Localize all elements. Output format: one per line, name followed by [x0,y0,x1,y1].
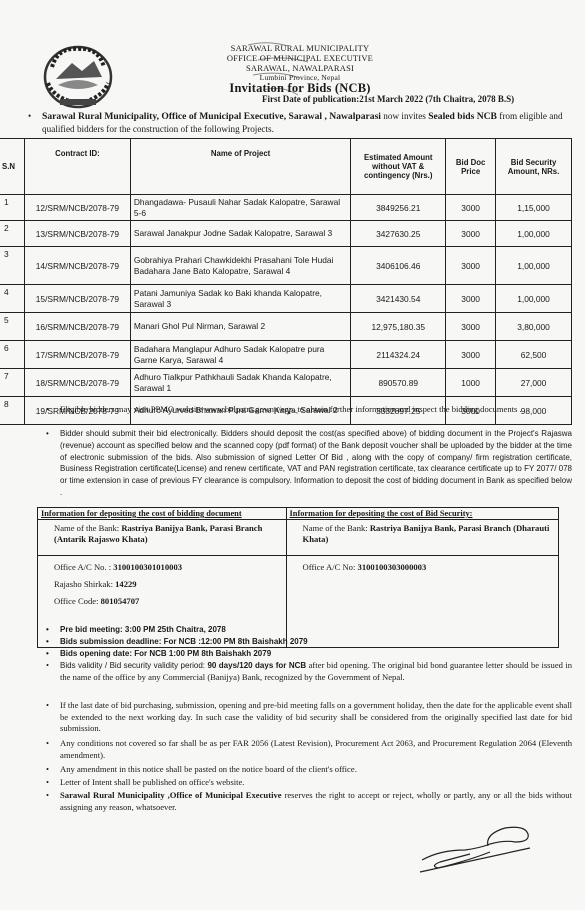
cell-bid-doc-price: 1000 [446,369,496,397]
header-sn: S.N [0,139,24,195]
bullet-icon: • [46,790,49,802]
cell-bid-doc-price: 3000 [446,247,496,285]
cell-project-name: Gobrahiya Prahari Chawkidekhi Prasahani … [130,247,350,285]
cell-sn: 3 [0,247,24,285]
table-row: 617/SRM/NCB/2078-79Badahara Manglapur Ad… [0,341,572,369]
cell-contract-id: 14/SRM/NCB/2078-79 [24,247,130,285]
org-name: Sarawal Rural Municipality, Office of Mu… [42,111,381,122]
bullet-eligible: • Eligible bidders may visit PPMO websit… [60,404,572,416]
org-name: Sarawal Rural Municipality ,Office of Mu… [60,790,282,800]
bullet-text: Letter of Intent shall be published on o… [60,777,244,787]
bullet-validity: • Bids validity / Bid security validity … [60,660,572,683]
cell-contract-id: 18/SRM/NCB/2078-79 [24,369,130,397]
bullet-holiday: • If the last date of bid purchasing, su… [60,700,572,735]
ac-value: 3100100301010003 [113,562,182,572]
bullet-text: Any amendment in this notice shall be pa… [60,764,357,774]
bullet-deadline: • Bids submission deadline: For NCB :12:… [60,636,572,648]
bullet-conditions: • Any conditions not covered so far shal… [60,738,572,761]
cell-sn: 6 [0,341,24,369]
cell-project-name: Sarawal Janakpur Jodne Sadak Kalopatre, … [130,221,350,247]
bullet-icon: • [28,110,31,122]
account-number: Office A/C No: 3100100303000003 [303,559,551,576]
cell-bid-security: 1,00,000 [496,247,572,285]
bullet-icon: • [46,700,49,712]
cell-contract-id: 17/SRM/NCB/2078-79 [24,341,130,369]
header-contract-id: Contract ID: [24,139,130,195]
cell-bid-doc-price: 3000 [446,313,496,341]
cell-sn: 7 [0,369,24,397]
cell-sn: 8 [0,397,24,425]
publication-date: First Date of publication:21st March 202… [262,94,514,104]
cell-bid-security: 1,00,000 [496,285,572,313]
bullet-text: Any conditions not covered so far shall … [60,738,572,760]
header-bid-doc-price: Bid Doc Price [446,139,496,195]
bank-label: Name of the Bank: [303,523,370,533]
code-value: 801054707 [101,596,140,606]
intro-text: now invites [381,111,428,121]
bank-left-name: Name of the Bank: Rastriya Banijya Bank,… [38,520,287,556]
cell-bid-security: 3,80,000 [496,313,572,341]
bullet-reserve: • Sarawal Rural Municipality ,Office of … [60,790,572,813]
bank-label: Name of the Bank: [54,523,121,533]
bullet-text: Bids submission deadline: For NCB :12:00… [60,637,308,646]
cell-contract-id: 16/SRM/NCB/2078-79 [24,313,130,341]
bullet-loi: • Letter of Intent shall be published on… [60,777,572,789]
bullet-text: Bids validity / Bid security validity pe… [60,661,207,670]
table-row: 213/SRM/NCB/2078-79Sarawal Janakpur Jodn… [0,221,572,247]
bank-left-heading: Information for depositing the cost of b… [38,508,287,520]
cell-estimate: 3421430.54 [351,285,446,313]
bullet-icon: • [46,764,49,776]
bullet-icon: • [46,624,49,636]
cell-sn: 5 [0,313,24,341]
table-row: 314/SRM/NCB/2078-79Gobrahiya Prahari Cha… [0,247,572,285]
bank-right-name: Name of the Bank: Rastriya Banijya Bank,… [286,520,558,556]
bullet-icon: • [46,648,49,660]
bullet-icon: • [46,738,49,750]
bullet-icon: • [46,428,49,440]
ac-label: Office A/C No: [303,562,358,572]
bullet-text: Bids opening date: For NCB 1:00 PM 8th B… [60,649,271,658]
table-row: 112/SRM/NCB/2078-79Dhangadawa- Pusauli N… [0,195,572,221]
nepal-emblem-icon [38,37,118,113]
cell-bid-security: 1,00,000 [496,221,572,247]
cell-project-name: Badahara Manglapur Adhuro Sadak Kalopatr… [130,341,350,369]
cell-contract-id: 12/SRM/NCB/2078-79 [24,195,130,221]
bullet-submit: • Bidder should submit their bid electro… [60,428,572,499]
header-bid-security: Bid Security Amount, NRs. [496,139,572,195]
bullet-icon: • [46,636,49,648]
bullet-icon: • [46,777,49,789]
cell-contract-id: 13/SRM/NCB/2078-79 [24,221,130,247]
signature-icon [410,820,560,890]
bullet-icon: • [46,660,49,672]
code-label: Office Code: [54,596,101,606]
cell-contract-id: 15/SRM/NCB/2078-79 [24,285,130,313]
cell-estimate: 3849256.21 [351,195,446,221]
cell-estimate: 2114324.24 [351,341,446,369]
account-number: Office A/C No. : 3100100301010003 [54,559,279,576]
cell-estimate: 12,975,180.35 [351,313,446,341]
cell-sn: 4 [0,285,24,313]
cell-bid-security: 1,15,000 [496,195,572,221]
cell-bid-doc-price: 3000 [446,195,496,221]
rajasho-shirkak: Rajasho Shirkak: 14229 [54,576,279,593]
cell-estimate: 3406106.46 [351,247,446,285]
ac-value: 3100100303000003 [358,562,427,572]
ac-label: Office A/C No. : [54,562,113,572]
cell-bid-security: 27,000 [496,369,572,397]
bullet-icon: • [46,404,49,416]
sealed-bids: Sealed bids NCB [428,111,497,122]
cell-sn: 2 [0,221,24,247]
shirkak-value: 14229 [115,579,136,589]
table-row: 516/SRM/NCB/2078-79Manari Ghol Pul Nirma… [0,313,572,341]
cell-sn: 1 [0,195,24,221]
cell-bid-security: 62,500 [496,341,572,369]
cell-estimate: 3427630.25 [351,221,446,247]
projects-table: S.N Contract ID: Name of Project Estimat… [0,138,572,425]
cell-bid-doc-price: 3000 [446,221,496,247]
cell-project-name: Adhuro Tialkpur Pathkhauli Sadak Khanda … [130,369,350,397]
bullet-text: If the last date of bid purchasing, subm… [60,700,572,733]
bullet-opening: • Bids opening date: For NCB 1:00 PM 8th… [60,648,572,660]
intro-paragraph: • Sarawal Rural Municipality, Office of … [42,110,582,135]
cell-bid-doc-price: 3000 [446,341,496,369]
table-header-row: S.N Contract ID: Name of Project Estimat… [0,139,572,195]
cell-bid-doc-price: 3000 [446,285,496,313]
bullet-pre-bid: • Pre bid meeting: 3:00 PM 25th Chaitra,… [60,624,572,636]
bullet-text: Bidder should submit their bid electroni… [60,429,572,497]
bullet-text: Pre bid meeting: 3:00 PM 25th Chaitra, 2… [60,625,226,634]
header-estimate: Estimated Amount without VAT & contingen… [351,139,446,195]
cell-project-name: Patani Jamuniya Sadak ko Baki khanda Kal… [130,285,350,313]
cell-project-name: Manari Ghol Pul Nirman, Sarawal 2 [130,313,350,341]
bullet-amendment: • Any amendment in this notice shall be … [60,764,572,776]
validity-period: 90 days/120 days for NCB [207,661,306,670]
bank-right-heading: Information for depositing the cost of B… [286,508,558,520]
table-row: 415/SRM/NCB/2078-79Patani Jamuniya Sadak… [0,285,572,313]
cell-project-name: Dhangadawa- Pusauli Nahar Sadak Kalopatr… [130,195,350,221]
table-row: 718/SRM/NCB/2078-79Adhuro Tialkpur Pathk… [0,369,572,397]
office-code: Office Code: 801054707 [54,593,279,610]
cell-estimate: 890570.89 [351,369,446,397]
bullet-text: Eligible bidders may visit PPMO website … [60,404,522,414]
shirkak-label: Rajasho Shirkak: [54,579,115,589]
header-project-name: Name of Project [130,139,350,195]
